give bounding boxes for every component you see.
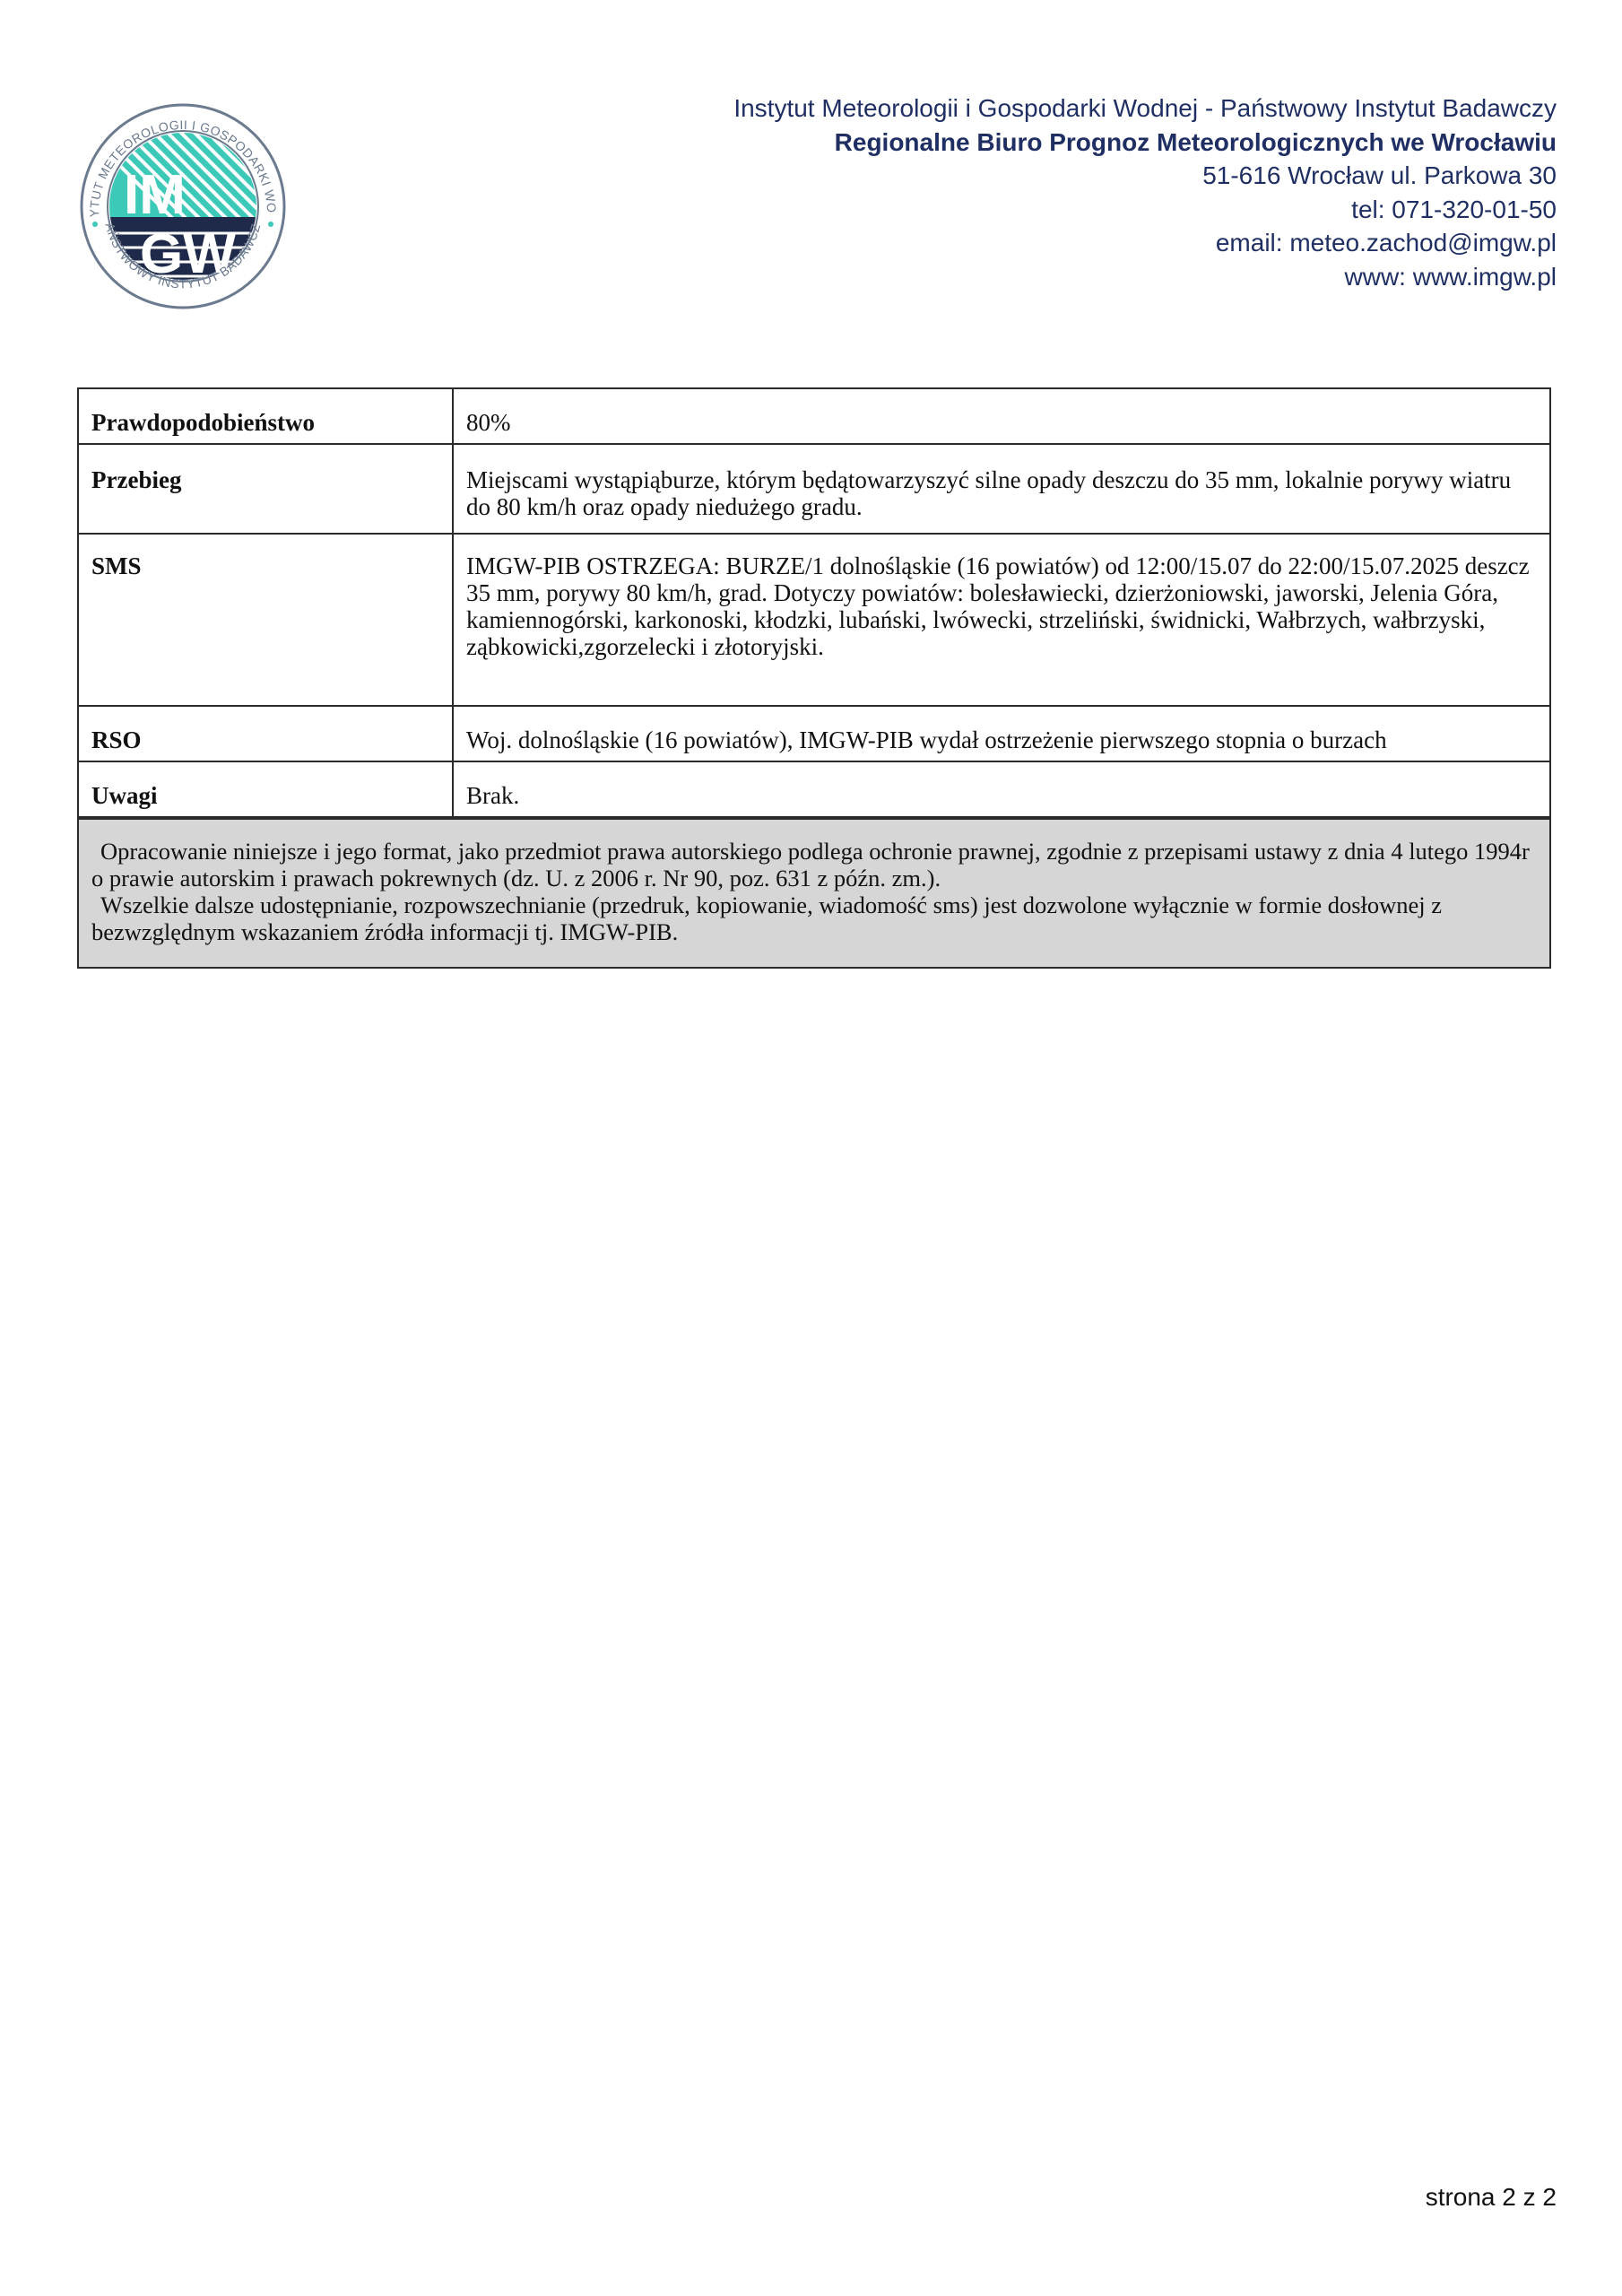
copyright-paragraph: Wszelkie dalsze udostępnianie, rozpowsze…: [91, 891, 1537, 945]
institution-header: Instytut Meteorologii i Gospodarki Wodne…: [733, 91, 1557, 293]
institute-name: Instytut Meteorologii i Gospodarki Wodne…: [733, 91, 1557, 126]
document-page: IM GW INSTYTUT METEOROLOGII I GOSPODARKI…: [0, 0, 1622, 2296]
table-row-probability: Prawdopodobieństwo 80%: [79, 389, 1549, 445]
office-name: Regionalne Biuro Prognoz Meteorologiczny…: [733, 126, 1557, 160]
row-value: Brak.: [454, 762, 1549, 816]
row-value: Miejscami wystąpiąburze, którym będątowa…: [454, 445, 1549, 533]
copyright-notice: Opracowanie niniejsze i jego format, jak…: [79, 820, 1549, 967]
page-number: strona 2 z 2: [1426, 2183, 1557, 2212]
row-label: Prawdopodobieństwo: [79, 389, 454, 443]
row-label: RSO: [79, 707, 454, 761]
address: 51-616 Wrocław ul. Parkowa 30: [733, 159, 1557, 193]
warning-table: Prawdopodobieństwo 80% Przebieg Miejscam…: [77, 387, 1551, 969]
row-value: Woj. dolnośląskie (16 powiatów), IMGW-PI…: [454, 707, 1549, 761]
table-row-copyright: Opracowanie niniejsze i jego format, jak…: [79, 818, 1549, 967]
table-row-remarks: Uwagi Brak.: [79, 762, 1549, 818]
copyright-paragraph: Opracowanie niniejsze i jego format, jak…: [91, 838, 1537, 891]
table-row-sms: SMS IMGW-PIB OSTRZEGA: BURZE/1 dolnośląs…: [79, 535, 1549, 707]
row-value: IMGW-PIB OSTRZEGA: BURZE/1 dolnośląskie …: [454, 535, 1549, 705]
imgw-logo: IM GW INSTYTUT METEOROLOGII I GOSPODARKI…: [79, 102, 287, 310]
imgw-logo-icon: IM GW INSTYTUT METEOROLOGII I GOSPODARKI…: [79, 102, 287, 310]
svg-text:IM: IM: [124, 164, 186, 226]
email[interactable]: email: meteo.zachod@imgw.pl: [733, 226, 1557, 260]
website[interactable]: www: www.imgw.pl: [733, 260, 1557, 294]
table-row-rso: RSO Woj. dolnośląskie (16 powiatów), IMG…: [79, 707, 1549, 762]
row-value: 80%: [454, 389, 1549, 443]
row-label: SMS: [79, 535, 454, 705]
table-row-course: Przebieg Miejscami wystąpiąburze, którym…: [79, 445, 1549, 535]
row-label: Przebieg: [79, 445, 454, 533]
row-label: Uwagi: [79, 762, 454, 816]
phone: tel: 071-320-01-50: [733, 193, 1557, 227]
